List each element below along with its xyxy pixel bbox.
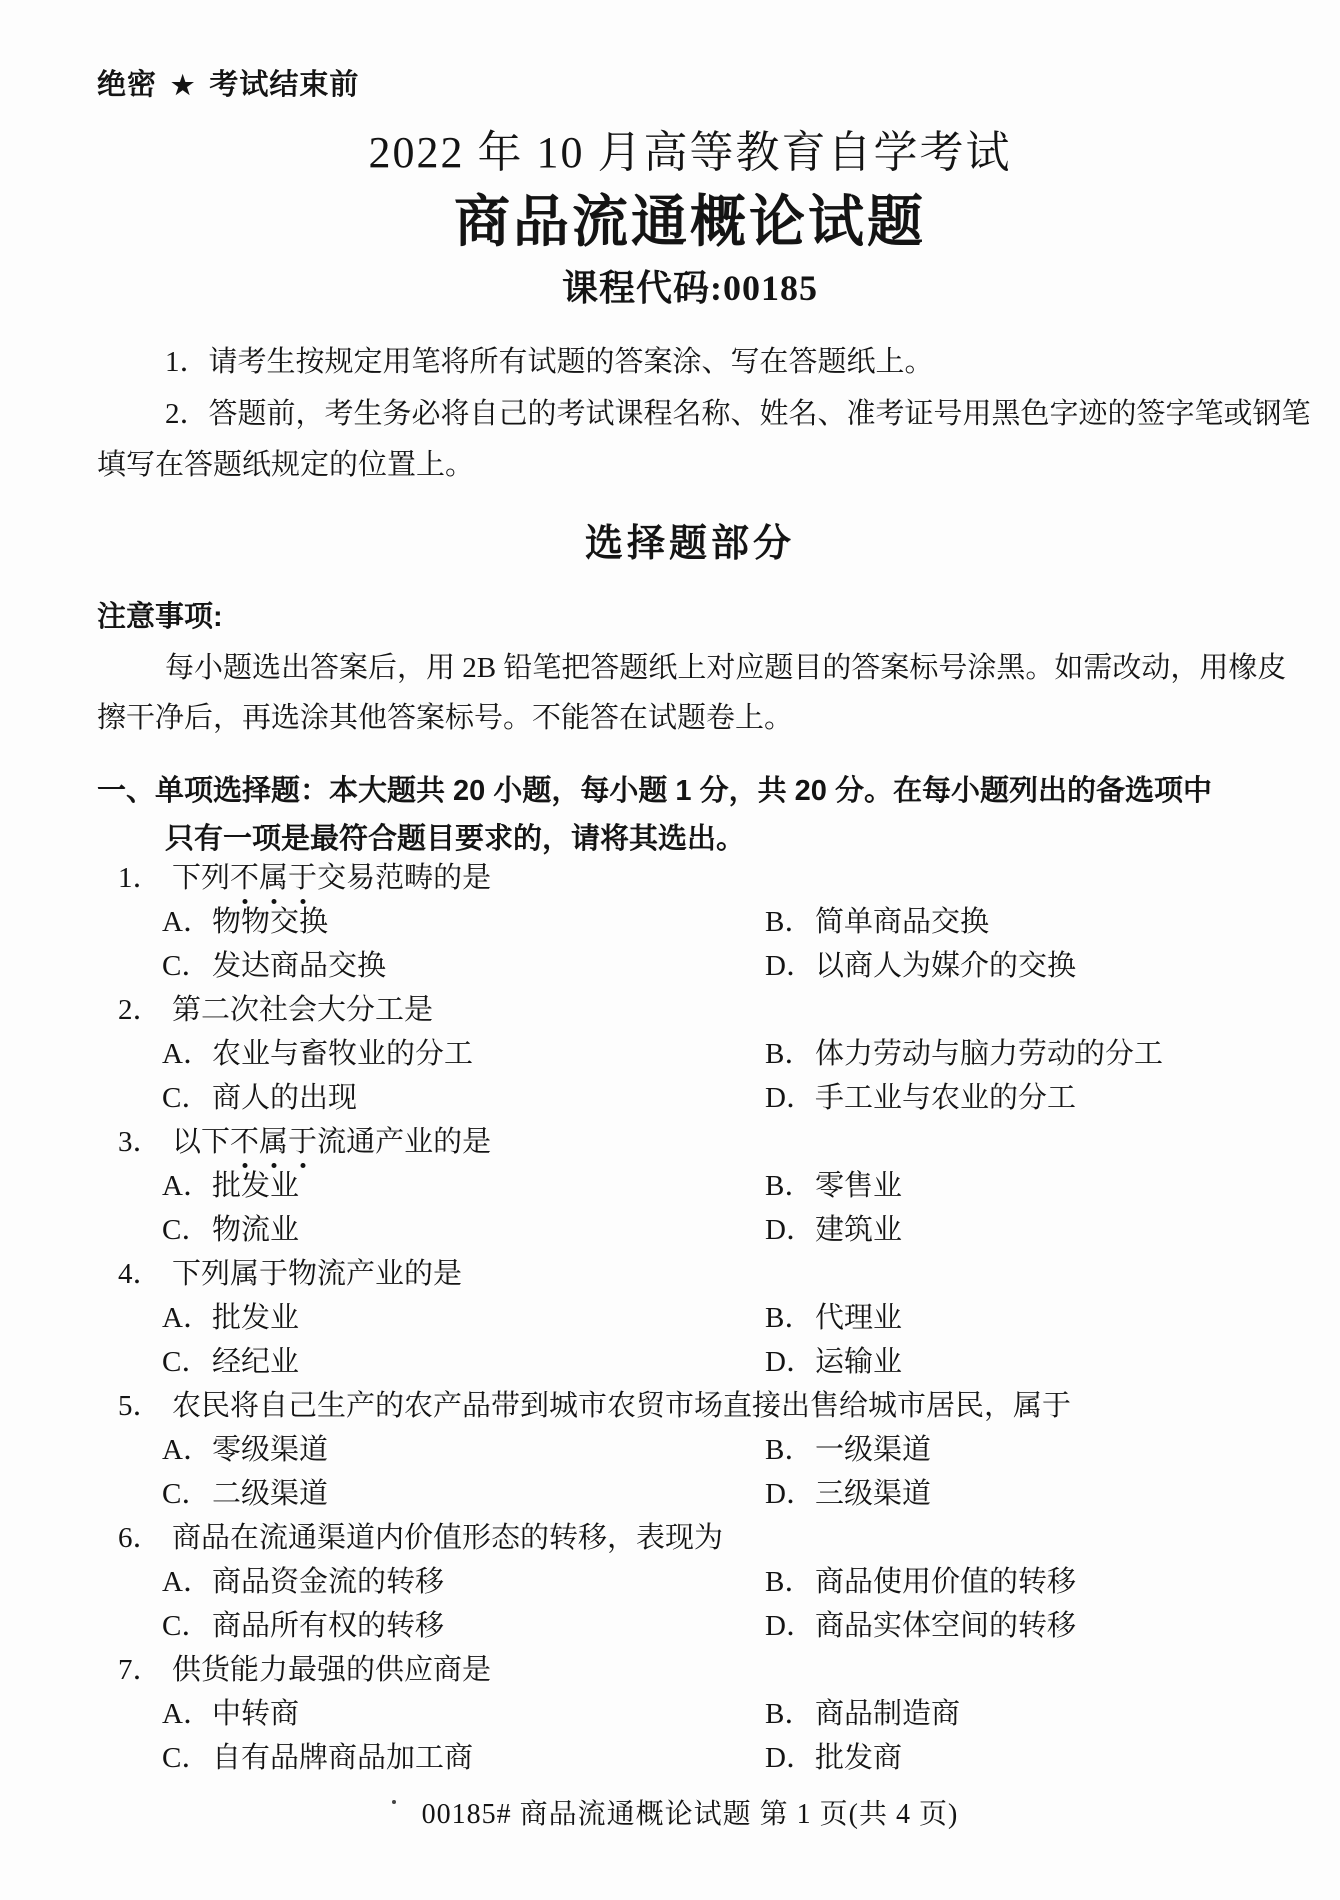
question-stem-text: 下列不属于交易范畴的是 xyxy=(172,862,491,894)
option: C．商人的出现 xyxy=(162,1076,765,1120)
question-number: 7． xyxy=(118,1648,172,1692)
option: C．自有品牌商品加工商 xyxy=(162,1736,765,1780)
course-code: 课程代码:00185 xyxy=(97,260,1283,311)
option-row: C．自有品牌商品加工商D．批发商 xyxy=(97,1736,1300,1780)
option-label: A． xyxy=(162,1164,212,1208)
option-text: 经纪业 xyxy=(212,1346,299,1378)
option-text: 三级渠道 xyxy=(815,1478,931,1510)
option: B．简单商品交换 xyxy=(765,906,989,938)
part-one-heading: 一、单项选择题：本大题共 20 小题，每小题 1 分，共 20 分。在每小题列出… xyxy=(97,768,1212,809)
option: A．农业与畜牧业的分工 xyxy=(162,1032,765,1076)
option-label: B． xyxy=(765,1032,815,1076)
option: B．商品制造商 xyxy=(765,1698,960,1730)
instruction-line-2-cont: 填写在答题纸规定的位置上。 xyxy=(97,443,474,487)
option: A．商品资金流的转移 xyxy=(162,1560,765,1604)
question-stem-row: 4．下列属于物流产业的是 xyxy=(97,1252,1300,1296)
option-label: A． xyxy=(162,1692,212,1736)
option-label: D． xyxy=(765,1472,815,1516)
question-stem-text: 农民将自己生产的农产品带到城市农贸市场直接出售给城市居民，属于 xyxy=(172,1390,1071,1422)
option-row: C．经纪业D．运输业 xyxy=(97,1340,1300,1384)
question-list: 1．下列不属于交易范畴的是A．物物交换B．简单商品交换C．发达商品交换D．以商人… xyxy=(97,856,1300,1780)
option-text: 商品使用价值的转移 xyxy=(815,1566,1076,1598)
option-text: 发达商品交换 xyxy=(212,950,386,982)
question: 2．第二次社会大分工是A．农业与畜牧业的分工B．体力劳动与脑力劳动的分工C．商人… xyxy=(97,988,1300,1120)
option-row: C．二级渠道D．三级渠道 xyxy=(97,1472,1300,1516)
option: B．一级渠道 xyxy=(765,1434,931,1466)
option-text: 物物交换 xyxy=(212,906,328,938)
option-row: C．商品所有权的转移D．商品实体空间的转移 xyxy=(97,1604,1300,1648)
option-text: 代理业 xyxy=(815,1302,902,1334)
option-text: 自有品牌商品加工商 xyxy=(212,1742,473,1774)
option: A．零级渠道 xyxy=(162,1428,765,1472)
option-label: D． xyxy=(765,1076,815,1120)
option: D．建筑业 xyxy=(765,1214,902,1246)
secrecy-banner: 绝密★考试结束前 xyxy=(97,62,359,103)
option: D．手工业与农业的分工 xyxy=(765,1082,1076,1114)
option-text: 简单商品交换 xyxy=(815,906,989,938)
option-text: 批发业 xyxy=(212,1302,299,1334)
option: C．经纪业 xyxy=(162,1340,765,1384)
option: B．商品使用价值的转移 xyxy=(765,1566,1076,1598)
question-stem-row: 5．农民将自己生产的农产品带到城市农贸市场直接出售给城市居民，属于 xyxy=(97,1384,1300,1428)
question-stem-row: 7．供货能力最强的供应商是 xyxy=(97,1648,1300,1692)
option-row: A．商品资金流的转移B．商品使用价值的转移 xyxy=(97,1560,1300,1604)
option-row: A．物物交换B．简单商品交换 xyxy=(97,900,1300,944)
option-label: A． xyxy=(162,1032,212,1076)
option-label: D． xyxy=(765,1736,815,1780)
option-label: B． xyxy=(765,1560,815,1604)
option-text: 中转商 xyxy=(212,1698,299,1730)
option-label: B． xyxy=(765,1428,815,1472)
question-stem-text: 第二次社会大分工是 xyxy=(172,994,433,1026)
question: 6．商品在流通渠道内价值形态的转移，表现为A．商品资金流的转移B．商品使用价值的… xyxy=(97,1516,1300,1648)
option: D．商品实体空间的转移 xyxy=(765,1610,1076,1642)
exam-paper-page: 绝密★考试结束前 2022 年 10 月高等教育自学考试 商品流通概论试题 课程… xyxy=(0,0,1340,1900)
option-text: 商品实体空间的转移 xyxy=(815,1610,1076,1642)
notes-line-2: 擦干净后，再选涂其他答案标号。不能答在试题卷上。 xyxy=(97,696,793,740)
option: D．以商人为媒介的交换 xyxy=(765,950,1076,982)
option: D．三级渠道 xyxy=(765,1478,931,1510)
option-text: 商品所有权的转移 xyxy=(212,1610,444,1642)
option-label: A． xyxy=(162,900,212,944)
option-text: 农业与畜牧业的分工 xyxy=(212,1038,473,1070)
option-label: D． xyxy=(765,1208,815,1252)
question: 1．下列不属于交易范畴的是A．物物交换B．简单商品交换C．发达商品交换D．以商人… xyxy=(97,856,1300,988)
option-text: 以商人为媒介的交换 xyxy=(815,950,1076,982)
option-label: D． xyxy=(765,944,815,988)
option: B．代理业 xyxy=(765,1302,902,1334)
option: A．物物交换 xyxy=(162,900,765,944)
question-stem-text: 商品在流通渠道内价值形态的转移，表现为 xyxy=(172,1522,723,1554)
option-text: 批发业 xyxy=(212,1170,299,1202)
option-text: 批发商 xyxy=(815,1742,902,1774)
question-stem-row: 3．以下不属于流通产业的是 xyxy=(97,1120,1300,1164)
question-stem-text: 以下不属于流通产业的是 xyxy=(172,1126,491,1158)
option-text: 体力劳动与脑力劳动的分工 xyxy=(815,1038,1163,1070)
option-label: C． xyxy=(162,1208,212,1252)
option-label: C． xyxy=(162,1604,212,1648)
secrecy-suffix: 考试结束前 xyxy=(209,69,359,101)
question-stem-text: 下列属于物流产业的是 xyxy=(172,1258,462,1290)
instruction-line-2: 2．答题前，考生务必将自己的考试课程名称、姓名、准考证号用黑色字迹的签字笔或钢笔 xyxy=(165,392,1311,436)
exam-session-title: 2022 年 10 月高等教育自学考试 xyxy=(97,116,1283,180)
emphasized-char: 不 xyxy=(230,856,259,900)
question-number: 5． xyxy=(118,1384,172,1428)
option: B．体力劳动与脑力劳动的分工 xyxy=(765,1038,1163,1070)
option-label: B． xyxy=(765,1296,815,1340)
emphasized-char: 于 xyxy=(288,1120,317,1164)
option-label: C． xyxy=(162,1076,212,1120)
option-label: B． xyxy=(765,1692,815,1736)
option-row: C．物流业D．建筑业 xyxy=(97,1208,1300,1252)
question: 3．以下不属于流通产业的是A．批发业B．零售业C．物流业D．建筑业 xyxy=(97,1120,1300,1252)
option-label: C． xyxy=(162,1340,212,1384)
page-footer: 00185# 商品流通概论试题 第 1 页(共 4 页) xyxy=(97,1792,1283,1832)
question-number: 3． xyxy=(118,1120,172,1164)
emphasized-char: 属 xyxy=(259,1120,288,1164)
scan-artifact-dot xyxy=(392,1800,396,1804)
emphasized-char: 于 xyxy=(288,856,317,900)
emphasized-char: 不 xyxy=(230,1120,259,1164)
notes-label: 注意事项: xyxy=(97,594,223,635)
option-label: A． xyxy=(162,1296,212,1340)
option-text: 建筑业 xyxy=(815,1214,902,1246)
option-text: 商品制造商 xyxy=(815,1698,960,1730)
option-label: D． xyxy=(765,1604,815,1648)
option-text: 手工业与农业的分工 xyxy=(815,1082,1076,1114)
option-row: A．中转商B．商品制造商 xyxy=(97,1692,1300,1736)
option-row: C．发达商品交换D．以商人为媒介的交换 xyxy=(97,944,1300,988)
notes-line-1: 每小题选出答案后，用 2B 铅笔把答题纸上对应题目的答案标号涂黑。如需改动，用橡… xyxy=(165,646,1286,690)
question-number: 6． xyxy=(118,1516,172,1560)
option: A．中转商 xyxy=(162,1692,765,1736)
option-row: A．批发业B．零售业 xyxy=(97,1164,1300,1208)
option-text: 二级渠道 xyxy=(212,1478,328,1510)
option: C．二级渠道 xyxy=(162,1472,765,1516)
option-label: B． xyxy=(765,900,815,944)
option: D．运输业 xyxy=(765,1346,902,1378)
question-stem-text: 供货能力最强的供应商是 xyxy=(172,1654,491,1686)
option-label: A． xyxy=(162,1428,212,1472)
question: 5．农民将自己生产的农产品带到城市农贸市场直接出售给城市居民，属于A．零级渠道B… xyxy=(97,1384,1300,1516)
question: 4．下列属于物流产业的是A．批发业B．代理业C．经纪业D．运输业 xyxy=(97,1252,1300,1384)
option: A．批发业 xyxy=(162,1296,765,1340)
emphasized-char: 属 xyxy=(259,856,288,900)
question: 7．供货能力最强的供应商是A．中转商B．商品制造商C．自有品牌商品加工商D．批发… xyxy=(97,1648,1300,1780)
question-stem-row: 6．商品在流通渠道内价值形态的转移，表现为 xyxy=(97,1516,1300,1560)
option: C．商品所有权的转移 xyxy=(162,1604,765,1648)
option-row: A．批发业B．代理业 xyxy=(97,1296,1300,1340)
option-row: A．农业与畜牧业的分工B．体力劳动与脑力劳动的分工 xyxy=(97,1032,1300,1076)
option-label: C． xyxy=(162,1736,212,1780)
question-number: 1． xyxy=(118,856,172,900)
option-text: 商品资金流的转移 xyxy=(212,1566,444,1598)
option-row: A．零级渠道B．一级渠道 xyxy=(97,1428,1300,1472)
option-row: C．商人的出现D．手工业与农业的分工 xyxy=(97,1076,1300,1120)
exam-subject-title: 商品流通概论试题 xyxy=(97,178,1283,258)
question-stem-row: 2．第二次社会大分工是 xyxy=(97,988,1300,1032)
question-stem-row: 1．下列不属于交易范畴的是 xyxy=(97,856,1300,900)
option-text: 零售业 xyxy=(815,1170,902,1202)
option-label: D． xyxy=(765,1340,815,1384)
secrecy-label: 绝密 xyxy=(97,69,157,101)
choice-section-title: 选择题部分 xyxy=(97,512,1283,567)
option: B．零售业 xyxy=(765,1170,902,1202)
option-text: 商人的出现 xyxy=(212,1082,357,1114)
option-label: C． xyxy=(162,944,212,988)
option-text: 零级渠道 xyxy=(212,1434,328,1466)
option-text: 物流业 xyxy=(212,1214,299,1246)
option-label: A． xyxy=(162,1560,212,1604)
option-text: 运输业 xyxy=(815,1346,902,1378)
question-number: 4． xyxy=(118,1252,172,1296)
option: A．批发业 xyxy=(162,1164,765,1208)
question-number: 2． xyxy=(118,988,172,1032)
part-one-heading-cont: 只有一项是最符合题目要求的，请将其选出。 xyxy=(165,816,745,857)
option-text: 一级渠道 xyxy=(815,1434,931,1466)
option: C．物流业 xyxy=(162,1208,765,1252)
option: C．发达商品交换 xyxy=(162,944,765,988)
star-icon: ★ xyxy=(157,70,209,100)
option-label: C． xyxy=(162,1472,212,1516)
option-label: B． xyxy=(765,1164,815,1208)
option: D．批发商 xyxy=(765,1742,902,1774)
instruction-line-1: 1．请考生按规定用笔将所有试题的答案涂、写在答题纸上。 xyxy=(165,340,934,384)
